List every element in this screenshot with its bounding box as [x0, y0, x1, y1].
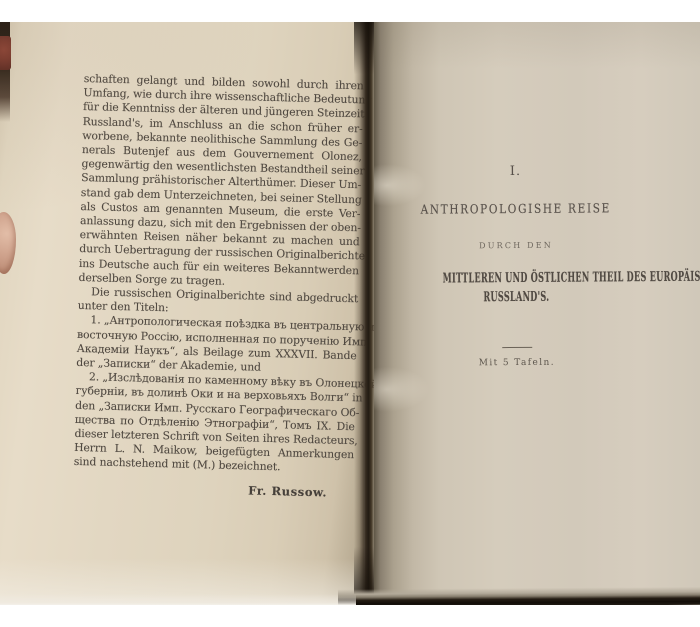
left-page-text: schaften gelangt und bilden sowohl durch…	[73, 72, 364, 500]
text-line: durch Uebertragung der russischen Origin…	[79, 242, 359, 264]
text-line: Herrn L. N. Maikow, beigefügten Anmerkun…	[74, 441, 354, 463]
page-bottom-edge	[0, 594, 356, 605]
right-page: I. ANTHROPOLOGISHE REISE DURCH DEN MITTL…	[374, 22, 700, 605]
text-line: щества по Отдѣленію Этнографіи“, Томъ IX…	[75, 413, 355, 435]
plates-note: Mit 5 Tafeln.	[394, 357, 639, 369]
text-line: worbene, bekannte neolithische Sammlung …	[82, 129, 362, 151]
text-line: als Custos am genannten Museum, die erst…	[80, 200, 360, 222]
text-line: Die russischen Originalberichte sind abg…	[78, 285, 358, 307]
book-cover-edge	[0, 22, 10, 122]
title-connector: DURCH DEN	[393, 240, 638, 251]
text-line: anlassung dazu, sich mit den Ergebnissen…	[80, 214, 360, 236]
subtitle-line-1: MITTLEREN UND ÖSTLICHEN THEIL DES EUROPÄ…	[443, 269, 590, 286]
book-photo: schaften gelangt und bilden sowohl durch…	[0, 22, 700, 605]
section-number: I.	[393, 163, 638, 180]
title-page-text: I. ANTHROPOLOGISHE REISE DURCH DEN MITTL…	[392, 22, 641, 605]
text-line: Russland's, im Anschluss an die schon fr…	[83, 115, 363, 137]
text-line: stand gab dem Unterzeichneten, bei seine…	[81, 186, 361, 208]
text-line: sind nachstehend mit (M.) bezeichnet.	[74, 455, 354, 477]
text-line: восточную Россію, исполненная по поручен…	[77, 328, 357, 350]
text-line: Sammlung prähistorischer Alterthümer. Di…	[81, 171, 361, 193]
text-line: erwähnten Reisen näher bekannt zu machen…	[80, 228, 360, 250]
text-line: derselben Sorge zu tragen.	[78, 271, 358, 293]
text-line: schaften gelangt und bilden sowohl durch…	[84, 72, 364, 94]
text-line: für die Kenntniss der älteren und jünger…	[83, 100, 363, 122]
text-line: der „Записки“ der Akademie, und	[76, 356, 356, 378]
divider-rule	[502, 347, 532, 348]
text-line: 2. „Изслѣдованія по каменному вѣку въ Ол…	[76, 370, 356, 392]
author-signature: Fr. Russow.	[73, 479, 353, 501]
text-line: губерніи, въ долинѣ Оки и на верховьяхъ …	[75, 384, 355, 406]
text-line: gegenwärtig den wesentlichsten Bestandth…	[81, 157, 361, 179]
chapter-title: ANTHROPOLOGISHE REISE	[413, 200, 619, 216]
left-page: schaften gelangt und bilden sowohl durch…	[0, 22, 364, 605]
text-line: den „Записки Имп. Русскаго Географическа…	[75, 399, 355, 421]
fingertip	[0, 212, 16, 274]
text-line: ins Deutsche auch für ein weiteres Bekan…	[79, 257, 359, 279]
signature-wrapper	[84, 22, 364, 29]
subtitle-line-2: RUSSLAND'S.	[443, 288, 590, 305]
text-line: Академіи Наукъ“, als Beilage zum XXXVII.…	[77, 342, 357, 364]
text-line: nerals Butenjef aus dem Gouvernement Olo…	[82, 143, 362, 165]
text-line: 1. „Антропологическая поѣздка въ централ…	[77, 313, 357, 335]
text-line: dieser letzteren Schrift von Seiten ihre…	[74, 427, 354, 449]
text-line: unter den Titeln:	[78, 299, 358, 321]
marbled-endpaper	[0, 36, 11, 70]
text-line: Umfang, wie durch ihre wissenschaftliche…	[83, 86, 363, 108]
book-cover-bottom-edge	[338, 587, 700, 605]
